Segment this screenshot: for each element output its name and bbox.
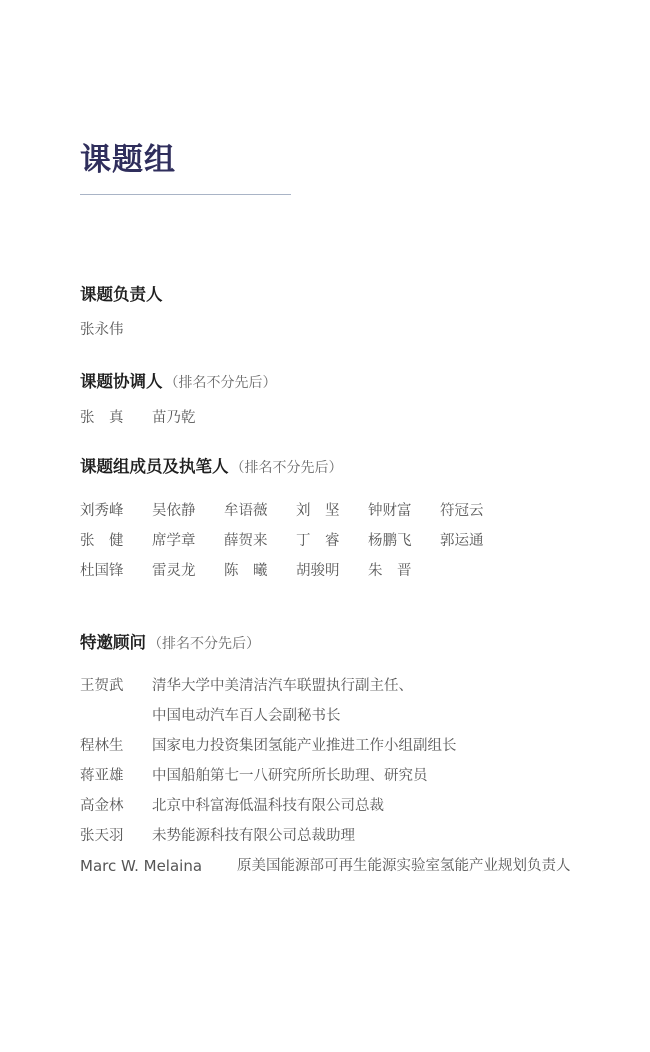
advisor-item: 蒋亚雄 中国船舶第七一八研究所所长助理、研究员 [80,761,640,791]
section-heading-members: 课题组成员及执笔人（排名不分先后） [80,455,343,480]
advisor-roles: 未势能源科技有限公司总裁助理 [152,821,355,851]
advisor-name: Marc W. Melaina [80,851,237,881]
advisor-name: 程林生 [80,731,152,761]
advisor-item: 高金林 北京中科富海低温科技有限公司总裁 [80,791,640,821]
member-name: 朱 晋 [368,559,440,580]
ordering-note: （排名不分先后） [231,460,343,476]
leader-name: 张永伟 [80,319,124,341]
heading-text: 课题负责人 [80,285,163,304]
member-row: 张 健 席学章 薛贺来 丁 睿 杨鹏飞 郭运通 [80,524,600,554]
coordinator-name: 苗乃乾 [152,407,196,429]
advisor-role: 国家电力投资集团氢能产业推进工作小组副组长 [152,731,457,761]
member-name: 丁 睿 [296,529,368,550]
advisor-role: 未势能源科技有限公司总裁助理 [152,821,355,851]
advisor-item: 张天羽 未势能源科技有限公司总裁助理 [80,821,640,851]
member-name: 席学章 [152,529,224,550]
member-name: 符冠云 [440,499,512,520]
advisor-name: 王贺武 [80,671,152,701]
advisor-list: 王贺武 清华大学中美清洁汽车联盟执行副主任、 中国电动汽车百人会副秘书长 程林生… [80,671,640,881]
member-grid: 刘秀峰 吴依静 牟语薇 刘 坚 钟财富 符冠云 张 健 席学章 薛贺来 丁 睿 … [80,494,600,584]
member-row: 刘秀峰 吴依静 牟语薇 刘 坚 钟财富 符冠云 [80,494,600,524]
member-name: 陈 曦 [224,559,296,580]
member-row: 杜国锋 雷灵龙 陈 曦 胡骏明 朱 晋 [80,554,600,584]
advisor-role: 北京中科富海低温科技有限公司总裁 [152,791,384,821]
member-name: 张 健 [80,529,152,550]
advisor-name: 蒋亚雄 [80,761,152,791]
section-heading-advisors: 特邀顾问（排名不分先后） [80,631,260,656]
advisor-item: 王贺武 清华大学中美清洁汽车联盟执行副主任、 中国电动汽车百人会副秘书长 [80,671,640,731]
member-name: 刘秀峰 [80,499,152,520]
advisor-name: 张天羽 [80,821,152,851]
ordering-note: （排名不分先后） [148,636,260,652]
advisor-role: 清华大学中美清洁汽车联盟执行副主任、 [152,671,413,701]
member-name: 刘 坚 [296,499,368,520]
advisor-roles: 北京中科富海低温科技有限公司总裁 [152,791,384,821]
advisor-name: 高金林 [80,791,152,821]
member-name: 胡骏明 [296,559,368,580]
section-heading-leader: 课题负责人 [80,283,163,307]
advisor-role: 原美国能源部可再生能源实验室氢能产业规划负责人 [237,851,571,881]
advisor-item: Marc W. Melaina 原美国能源部可再生能源实验室氢能产业规划负责人 [80,851,640,881]
page-title: 课题组 [80,140,176,180]
member-name: 杨鹏飞 [368,529,440,550]
member-name: 杜国锋 [80,559,152,580]
member-name: 薛贺来 [224,529,296,550]
advisor-role: 中国电动汽车百人会副秘书长 [152,701,413,731]
member-name: 吴依静 [152,499,224,520]
heading-text: 课题协调人 [80,372,163,391]
member-name: 钟财富 [368,499,440,520]
ordering-note: （排名不分先后） [165,375,277,391]
advisor-item: 程林生 国家电力投资集团氢能产业推进工作小组副组长 [80,731,640,761]
member-name: 牟语薇 [224,499,296,520]
advisor-roles: 国家电力投资集团氢能产业推进工作小组副组长 [152,731,457,761]
advisor-roles: 原美国能源部可再生能源实验室氢能产业规划负责人 [237,851,571,881]
heading-text: 课题组成员及执笔人 [80,457,229,476]
section-heading-coordinator: 课题协调人（排名不分先后） [80,370,277,395]
advisor-roles: 清华大学中美清洁汽车联盟执行副主任、 中国电动汽车百人会副秘书长 [152,671,413,731]
member-name: 郭运通 [440,529,512,550]
advisor-role: 中国船舶第七一八研究所所长助理、研究员 [152,761,428,791]
coordinator-name: 张 真 [80,407,124,429]
title-divider [80,194,291,195]
heading-text: 特邀顾问 [80,633,146,652]
member-name: 雷灵龙 [152,559,224,580]
advisor-roles: 中国船舶第七一八研究所所长助理、研究员 [152,761,428,791]
